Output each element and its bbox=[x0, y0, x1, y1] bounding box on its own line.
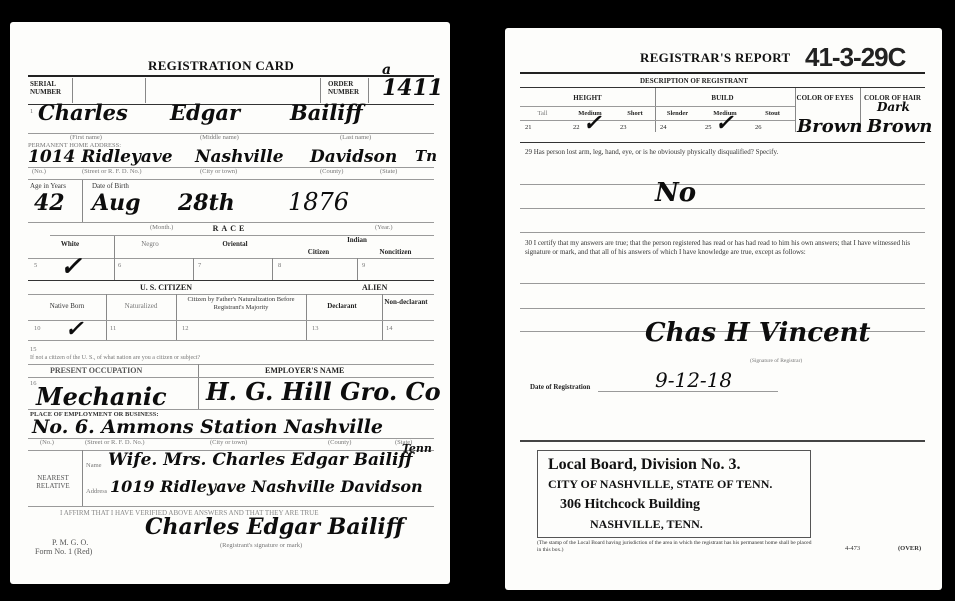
registrant-last-name: Bailiff bbox=[290, 100, 363, 125]
relative-name-value: Wife. Mrs. Charles Edgar Bailiff bbox=[108, 450, 412, 470]
registration-card-front: REGISTRATION CARD SERIAL NUMBER ORDER NU… bbox=[10, 22, 450, 584]
form-id-line2: Form No. 1 (Red) bbox=[35, 547, 92, 556]
print-code: 4-473 bbox=[845, 545, 860, 552]
address-city: Nashville bbox=[195, 147, 284, 167]
employer-value: H. G. Hill Gro. Co bbox=[206, 377, 441, 406]
occupation-value: Mechanic bbox=[36, 382, 167, 411]
stamp-code: 41-3-29C bbox=[805, 42, 905, 73]
registrant-middle-name: Edgar bbox=[170, 100, 240, 125]
race-header: RACE bbox=[10, 224, 450, 233]
over-label: (OVER) bbox=[898, 545, 921, 552]
address-county: Davidson bbox=[310, 147, 397, 167]
not-citizen-question: If not a citizen of the U. S., of what n… bbox=[30, 355, 200, 361]
hair-color-above: Dark bbox=[877, 100, 910, 114]
serial-number-label: SERIAL NUMBER bbox=[30, 80, 70, 96]
dob-year: 1876 bbox=[288, 188, 349, 216]
q29-answer: No bbox=[655, 178, 696, 208]
registrars-report-back: REGISTRAR'S REPORT 41-3-29C DESCRIPTION … bbox=[505, 28, 942, 590]
us-citizen-header: U. S. CITIZEN bbox=[140, 283, 192, 292]
report-title: REGISTRAR'S REPORT bbox=[640, 50, 791, 66]
nearest-relative-label: NEAREST RELATIVE bbox=[28, 474, 78, 490]
dob-label: Date of Birth bbox=[92, 182, 129, 190]
address-state: Tn bbox=[415, 147, 437, 165]
address-street: 1014 Ridleyave bbox=[28, 147, 173, 167]
date-label: Date of Registration bbox=[530, 383, 590, 391]
build-medium-check: ✓ bbox=[715, 110, 733, 136]
alien-header: ALIEN bbox=[362, 283, 387, 292]
order-number-label: ORDER NUMBER bbox=[328, 80, 368, 96]
registrar-signature: Chas H Vincent bbox=[645, 318, 871, 348]
stamp-note: (The stamp of the Local Board having jur… bbox=[537, 540, 817, 554]
registrant-first-name: Charles bbox=[38, 100, 128, 125]
eye-color-value: Brown bbox=[797, 116, 862, 137]
race-white-check: ✓ bbox=[60, 252, 82, 282]
registration-date: 9-12-18 bbox=[655, 368, 732, 392]
question-30: 30 I certify that my answers are true; t… bbox=[525, 239, 925, 257]
order-number: 1411 bbox=[382, 75, 443, 101]
registrant-signature: Charles Edgar Bailiff bbox=[145, 514, 404, 540]
employment-place-value: No. 6. Ammons Station Nashville bbox=[32, 416, 383, 438]
age-label: Age in Years bbox=[30, 182, 66, 190]
height-medium-check: ✓ bbox=[583, 110, 601, 136]
relative-address-value: 1019 Ridleyave Nashville Davidson bbox=[110, 477, 423, 496]
question-29: 29 Has person lost arm, leg, hand, eye, … bbox=[525, 148, 925, 157]
form-id-line1: P. M. G. O. bbox=[52, 538, 88, 547]
description-header: DESCRIPTION OF REGISTRANT bbox=[640, 77, 748, 85]
native-born-check: ✓ bbox=[65, 316, 83, 342]
age-value: 42 bbox=[34, 190, 65, 216]
employer-label: EMPLOYER'S NAME bbox=[265, 366, 344, 375]
local-board-stamp: Local Board, Division No. 3. CITY OF NAS… bbox=[537, 450, 811, 538]
relative-state-overwrite: Tenn bbox=[402, 442, 432, 455]
hair-color-value: Brown bbox=[867, 116, 932, 137]
dob-month: Aug bbox=[92, 190, 140, 216]
card-title: REGISTRATION CARD bbox=[148, 58, 294, 74]
dob-day: 28th bbox=[178, 190, 235, 216]
occupation-label: PRESENT OCCUPATION bbox=[50, 366, 142, 375]
